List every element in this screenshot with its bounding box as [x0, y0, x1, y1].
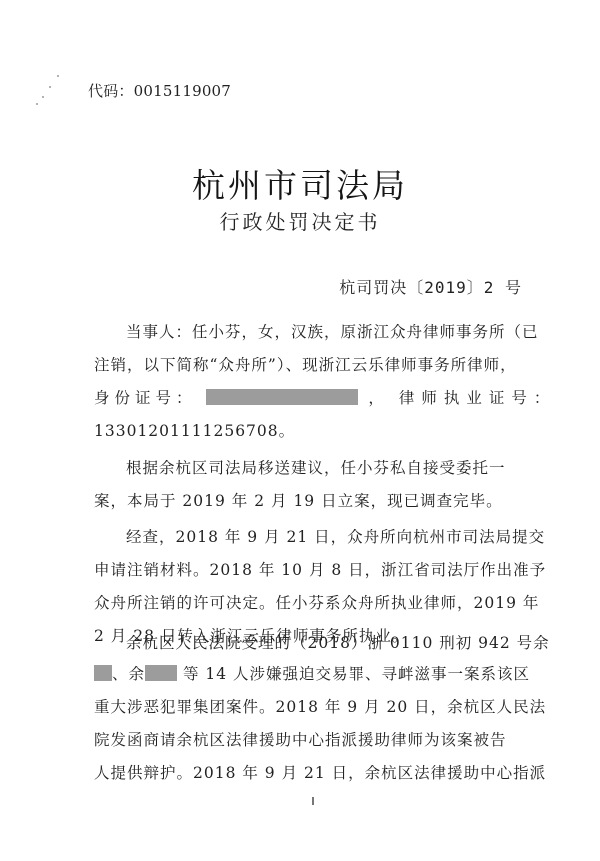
party-line-3: 身份证号： ， 律师执业证号： — [94, 388, 524, 408]
party-line-4: 13301201111256708。 — [94, 421, 524, 441]
findings-line-1: 经查，2018 年 9 月 21 日，众舟所向杭州市司法局提交 — [126, 527, 524, 547]
page-number — [312, 797, 314, 805]
case-line-3: 重大涉恶犯罪集团案件。2018 年 9 月 20 日，余杭区人民法 — [94, 697, 524, 717]
paragraph-text: 经查，2018 年 9 月 21 日，众舟所向杭州市司法局提交 — [126, 528, 545, 546]
issuing-authority-title: 杭州市司法局 — [0, 160, 600, 207]
paragraph-text: 院发函商请余杭区法律援助中心指派援助律师为该案被告 — [94, 731, 507, 749]
paragraph-text: 众舟所注销的许可决定。任小芬系众舟所执业律师，2019 年 — [94, 594, 539, 612]
scan-speck — [36, 103, 38, 105]
case-line-4: 院发函商请余杭区法律援助中心指派援助律师为该案被告 — [94, 730, 524, 750]
document-type-subtitle: 行政处罚决定书 — [0, 206, 600, 235]
scan-speck — [57, 75, 59, 77]
paragraph-text: 当事人：任小芬，女，汉族，原浙江众舟律师事务所（已 — [126, 322, 539, 342]
id-number-label: 身份证号： — [94, 389, 197, 407]
case-line-1: 余杭区人民法院受理的（2018）浙 0110 刑初 942 号余 — [126, 633, 524, 653]
paragraph-text: 根据余杭区司法局移送建议，任小芬私自接受委托一 — [126, 459, 506, 477]
paragraph-text: 申请注销材料。2018 年 10 月 8 日，浙江省司法厅作出准予 — [94, 561, 546, 579]
document-code: 代码：0015119007 — [88, 80, 231, 101]
case-line-2: 、余 等 14 人涉嫌强迫交易罪、寻衅滋事一案系该区 — [94, 664, 524, 684]
separator: 、余 — [112, 665, 145, 683]
separator: ， — [368, 389, 389, 407]
scan-speck — [49, 86, 51, 88]
code-label: 代码： — [88, 82, 134, 100]
party-line-2: 注销，以下简称“众舟所”）、现浙江云乐律师事务所律师， — [94, 355, 524, 375]
case-line-5: 人提供辩护。2018 年 9 月 21 日，余杭区法律援助中心指派 — [94, 763, 524, 783]
basis-line-2: 案，本局于 2019 年 2 月 19 日立案，现已调查完毕。 — [94, 491, 524, 511]
paragraph-text: 人提供辩护。2018 年 9 月 21 日，余杭区法律援助中心指派 — [94, 764, 546, 782]
license-number-value: 13301201111256708。 — [94, 422, 295, 440]
paragraph-text: 注销，以下简称“众舟所”）、现浙江云乐律师事务所律师， — [94, 356, 517, 374]
document-number: 杭司罚决〔2019〕2 号 — [339, 275, 522, 298]
party-line-1: 当事人：任小芬，女，汉族，原浙江众舟律师事务所（已 — [126, 322, 524, 342]
code-value: 0015119007 — [134, 82, 231, 100]
paragraph-text: 重大涉恶犯罪集团案件。2018 年 9 月 20 日，余杭区人民法 — [94, 698, 546, 716]
paragraph-text: 余杭区人民法院受理的（2018）浙 0110 刑初 942 号余 — [126, 634, 550, 652]
defendant-name-redaction — [94, 665, 112, 681]
findings-line-3: 众舟所注销的许可决定。任小芬系众舟所执业律师，2019 年 — [94, 593, 524, 613]
id-number-redaction — [206, 389, 358, 405]
defendant-name-redaction — [145, 665, 177, 681]
paragraph-text: 等 14 人涉嫌强迫交易罪、寻衅滋事一案系该区 — [183, 665, 530, 683]
license-number-label: 律师执业证号： — [399, 389, 557, 407]
basis-line-1: 根据余杭区司法局移送建议，任小芬私自接受委托一 — [126, 458, 524, 478]
paragraph-text: 案，本局于 2019 年 2 月 19 日立案，现已调查完毕。 — [94, 492, 503, 510]
scan-speck — [42, 96, 44, 98]
findings-line-2: 申请注销材料。2018 年 10 月 8 日，浙江省司法厅作出准予 — [94, 560, 524, 580]
